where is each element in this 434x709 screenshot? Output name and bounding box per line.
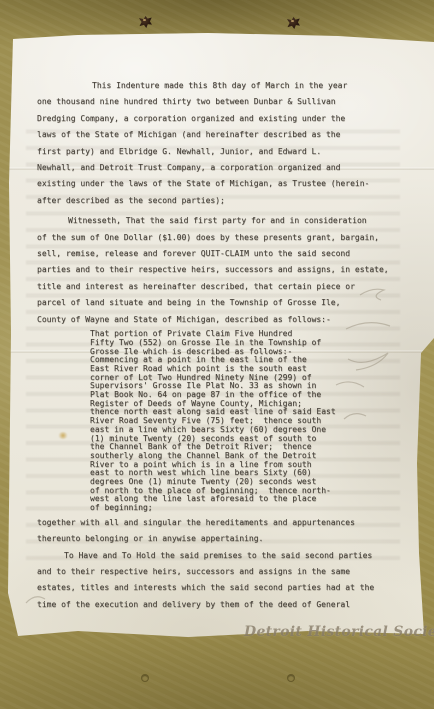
- fastener-glint: [143, 19, 146, 21]
- punch-hole: [287, 674, 295, 682]
- typewritten-text: This Indenture made this 8th day of Marc…: [37, 78, 397, 613]
- fastener-glint: [291, 20, 294, 22]
- punch-hole: [141, 674, 149, 682]
- document-page: This Indenture made this 8th day of Marc…: [8, 33, 434, 640]
- fastener-rosette: [287, 17, 300, 29]
- brass-fastener-icon: [287, 17, 300, 29]
- opening-paragraph: This Indenture made this 8th day of Marc…: [37, 78, 397, 209]
- witnesseth-paragraph: Witnesseth, That the said first party fo…: [37, 213, 397, 328]
- appurtenances-paragraph: together with all and singular the hered…: [37, 515, 397, 548]
- legal-description-block: That portion of Private Claim Five Hundr…: [90, 330, 397, 513]
- brass-fastener-icon: [139, 16, 152, 28]
- scanned-indenture-document: This Indenture made this 8th day of Marc…: [0, 0, 434, 709]
- fastener-rosette: [139, 16, 152, 28]
- habendum-paragraph: To Have and To Hold the said premises to…: [37, 548, 397, 614]
